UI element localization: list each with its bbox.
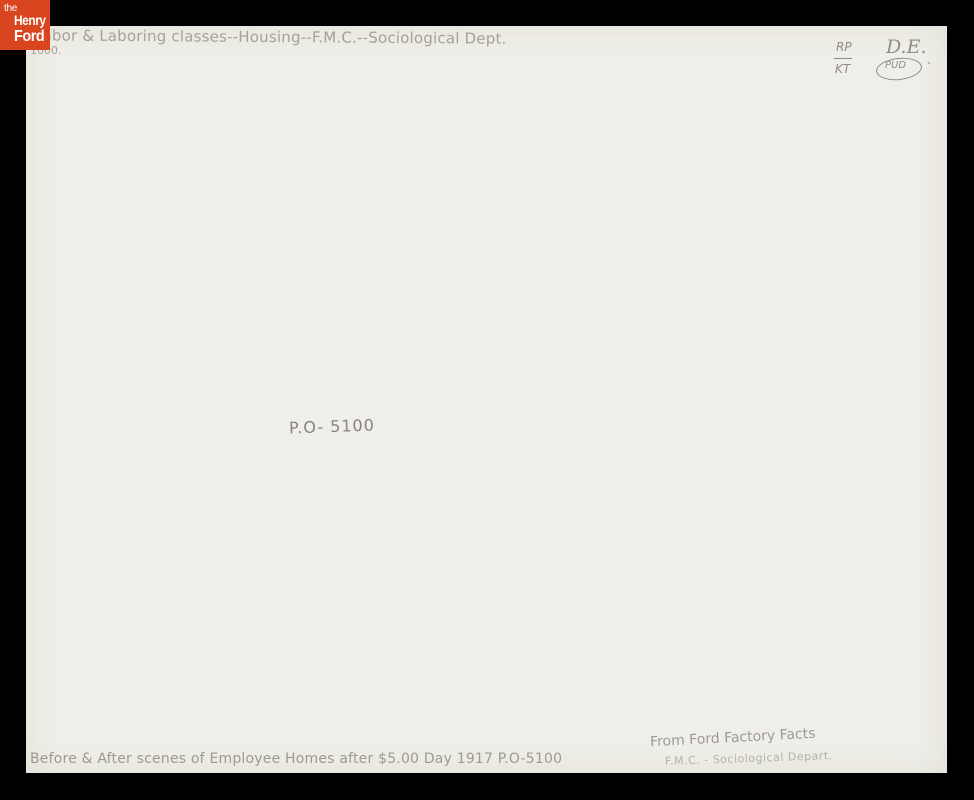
bottom-annotation: Before & After scenes of Employee Homes … [30, 751, 562, 767]
top-annotation: Labor & Laboring classes--Housing--F.M.C… [34, 26, 507, 47]
logo-ford: Ford [14, 28, 44, 46]
henry-ford-logo: the Henry Ford [0, 0, 50, 50]
photo-verso-paper [26, 26, 947, 773]
circled-mark-text: PUD [885, 60, 906, 71]
fraction-bottom-mark: KT [835, 62, 850, 76]
fraction-line [834, 58, 852, 59]
pencil-dot [928, 62, 930, 64]
initials-mark: D.E. [886, 36, 927, 58]
fraction-top-mark: RP [836, 40, 852, 54]
catalog-number: P.O- 5100 [289, 416, 375, 438]
logo-henry: Henry [14, 12, 46, 28]
